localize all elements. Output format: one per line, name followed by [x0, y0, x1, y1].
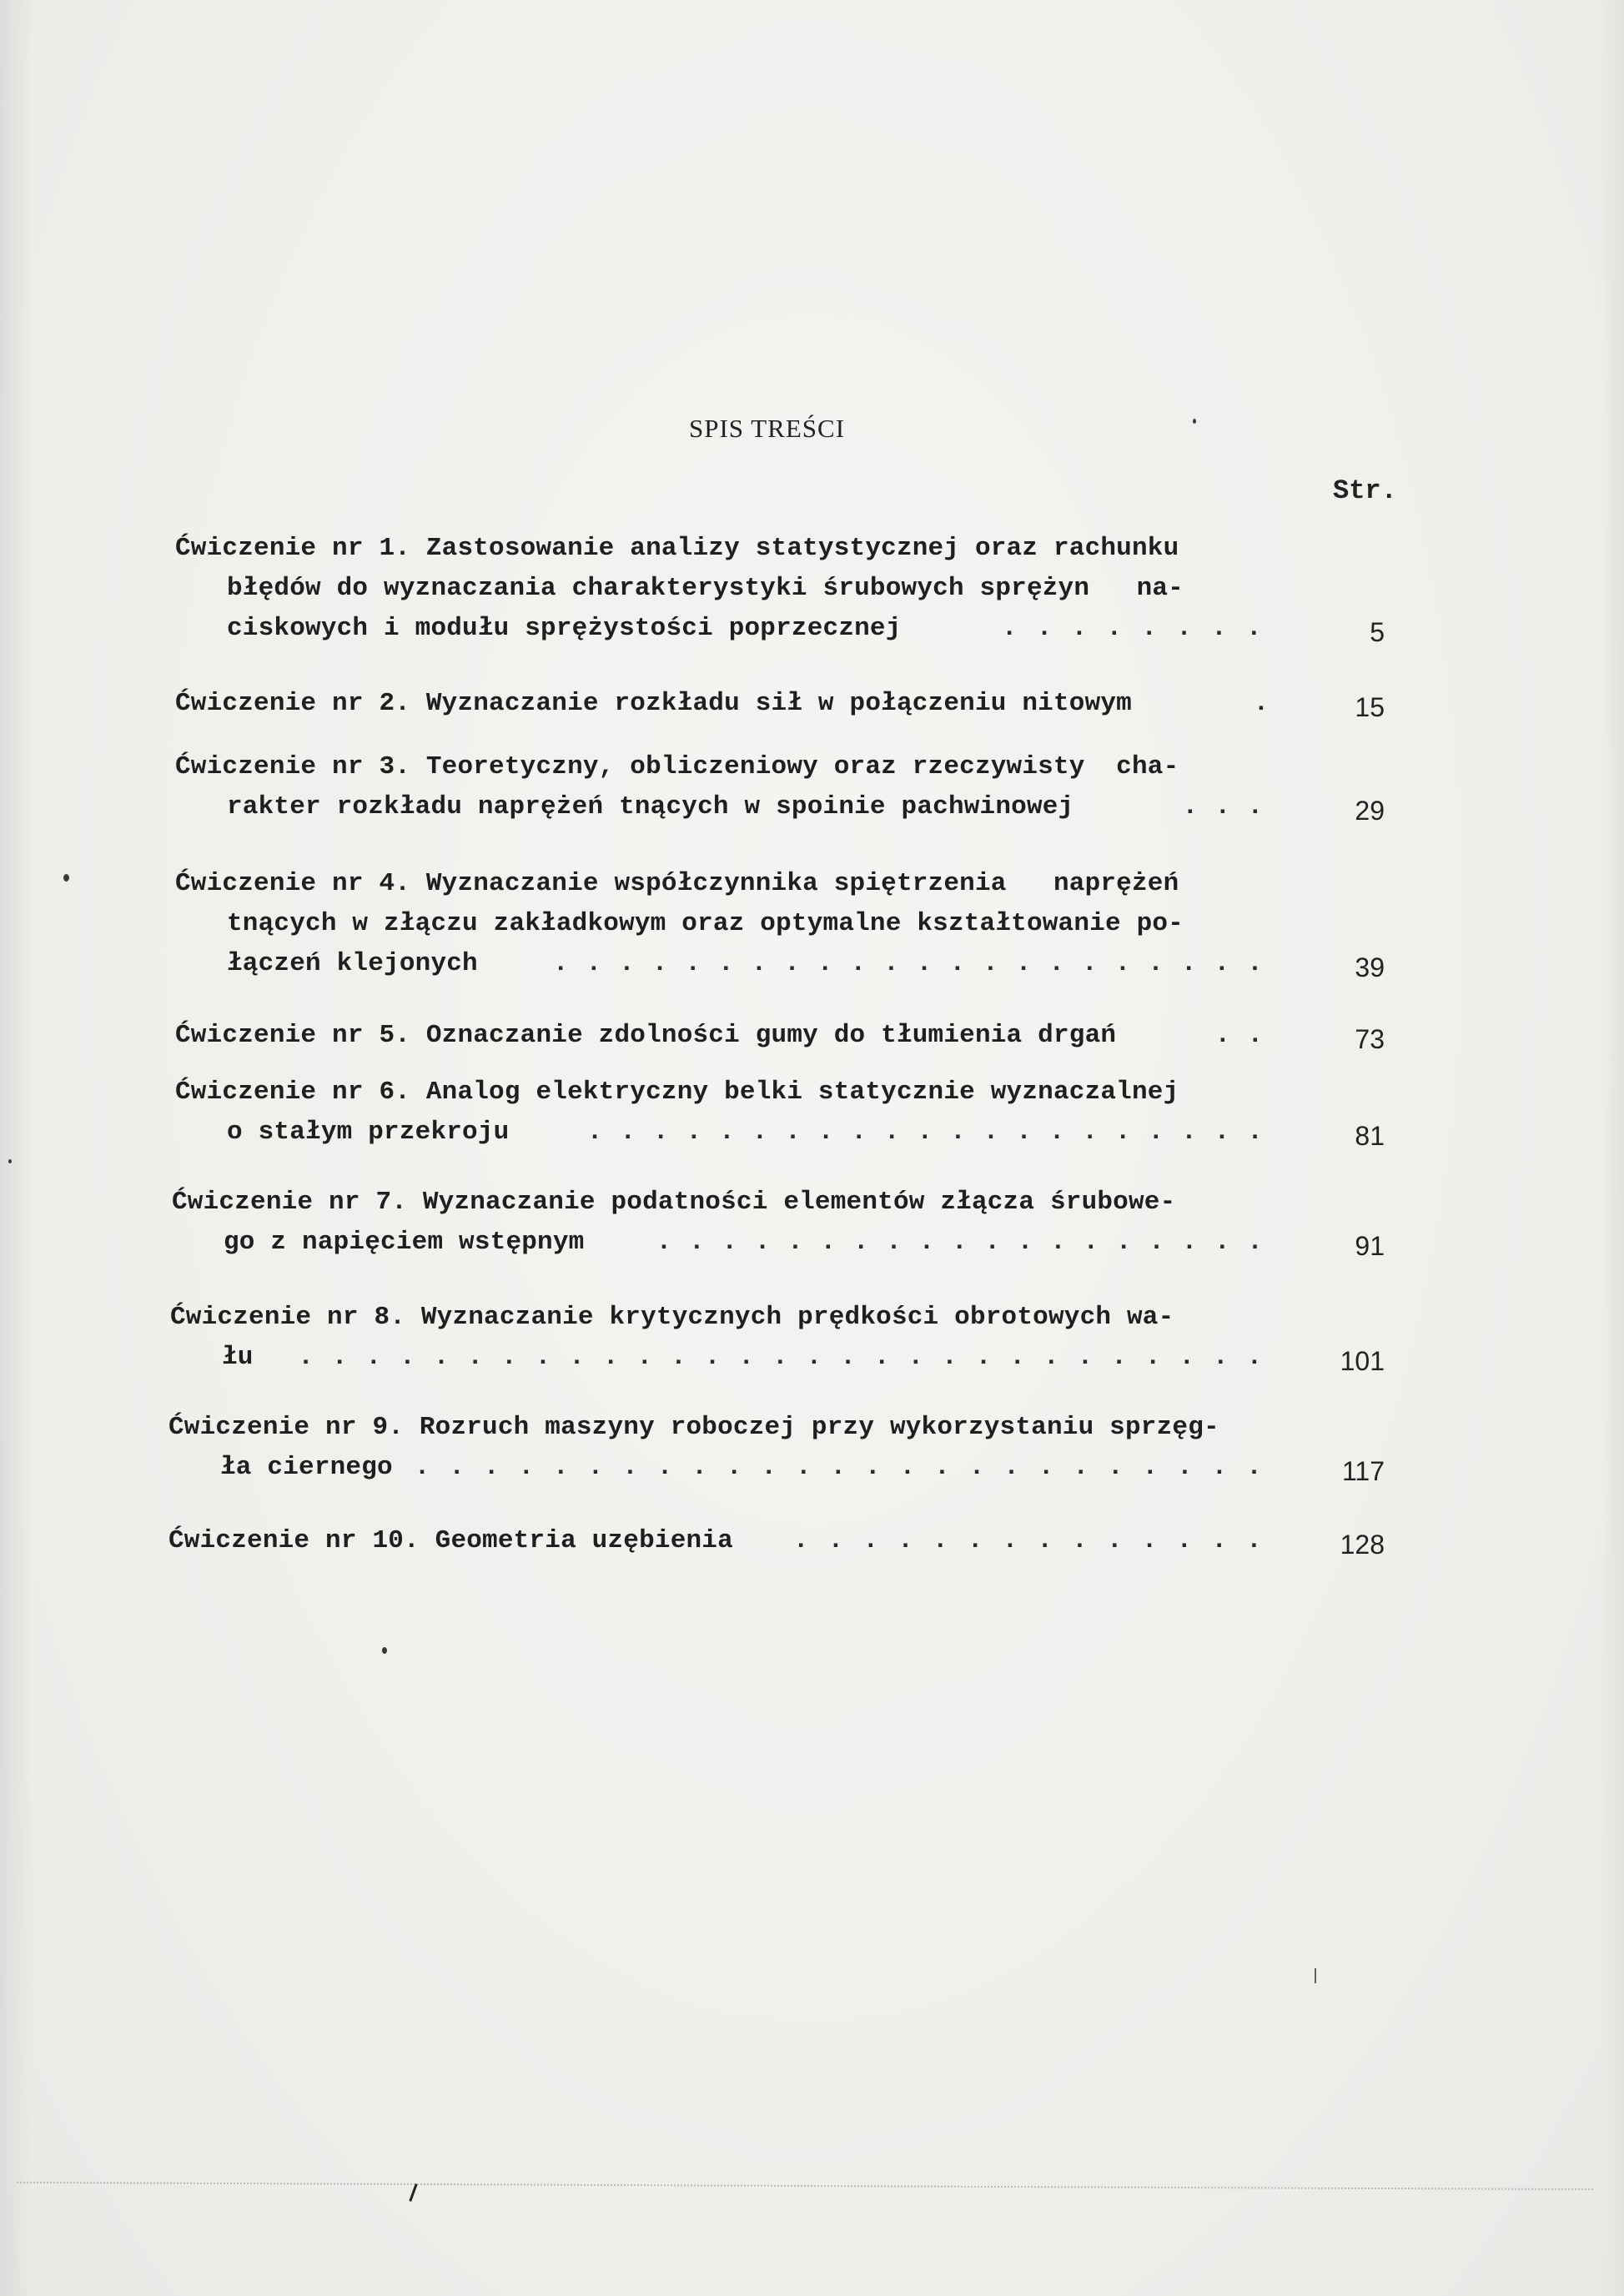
toc-page-number: 117	[1318, 1453, 1385, 1490]
toc-dot-leader: .	[1233, 686, 1264, 722]
page-column-label: Str.	[1333, 475, 1397, 506]
toc-entry-heading: Ćwiczenie nr 3. Teoretyczny, obliczeniow…	[175, 749, 1179, 786]
toc-page-number: 81	[1318, 1118, 1385, 1154]
toc-dot-leader: . . . . . . . . . . . . . . . . . . . . …	[281, 1339, 1264, 1376]
toc-entry-continuation: go z napięciem wstępnym	[224, 1224, 584, 1261]
toc-entry-continuation: o stałym przekroju	[227, 1114, 509, 1151]
toc-entry-heading: Ćwiczenie nr 10. Geometria uzębienia	[168, 1523, 733, 1560]
toc-dot-leader: . . . . . . . . . . . . . . . . . . . . …	[536, 946, 1264, 982]
scan-speck	[8, 1159, 12, 1163]
toc-entry-heading: Ćwiczenie nr 4. Wyznaczanie współczynnik…	[175, 866, 1179, 902]
toc-dot-leader: . . . . . . . .	[984, 610, 1264, 647]
toc-entry-continuation: łączeń klejonych	[227, 946, 478, 982]
toc-page-number: 73	[1318, 1021, 1385, 1058]
page-title: SPIS TREŚCI	[689, 414, 845, 444]
toc-dot-leader: . . . . . . . . . . . . . .	[776, 1523, 1264, 1560]
scan-speck	[63, 874, 69, 882]
toc-entry-continuation: ciskowych i modułu sprężystości poprzecz…	[227, 610, 902, 647]
toc-entry-heading: Ćwiczenie nr 6. Analog elektryczny belki…	[175, 1074, 1179, 1111]
toc-entry-heading: Ćwiczenie nr 7. Wyznaczanie podatności e…	[172, 1184, 1175, 1221]
scan-speck	[382, 1647, 387, 1654]
toc-dot-leader: . . . . . . . . . . . . . . . . . . .	[640, 1224, 1264, 1261]
toc-dot-leader: . .	[1199, 1017, 1264, 1054]
toc-dot-leader: . . .	[1166, 789, 1264, 826]
toc-dot-leader: . . . . . . . . . . . . . . . . . . . . …	[397, 1449, 1264, 1486]
toc-entry-heading: Ćwiczenie nr 8. Wyznaczanie krytycznych …	[170, 1299, 1174, 1336]
toc-dot-leader: . . . . . . . . . . . . . . . . . . . . …	[571, 1114, 1264, 1151]
toc-entry-continuation: błędów do wyznaczania charakterystyki śr…	[227, 570, 1184, 607]
toc-page-number: 29	[1318, 792, 1385, 829]
toc-entry-continuation: ła ciernego	[220, 1449, 393, 1486]
toc-page-number: 128	[1318, 1526, 1385, 1563]
toc-entry-continuation: łu	[222, 1339, 254, 1376]
toc-page-number: 39	[1318, 949, 1385, 986]
toc-entry-heading: Ćwiczenie nr 2. Wyznaczanie rozkładu sił…	[175, 686, 1132, 722]
scan-scratch	[1315, 1968, 1316, 1983]
toc-page-number: 15	[1318, 689, 1385, 726]
toc-entry-heading: Ćwiczenie nr 1. Zastosowanie analizy sta…	[175, 530, 1179, 567]
toc-page-number: 101	[1318, 1343, 1385, 1379]
toc-entry-continuation: tnących w złączu zakładkowym oraz optyma…	[227, 906, 1184, 942]
toc-entry-heading: Ćwiczenie nr 9. Rozruch maszyny roboczej…	[168, 1409, 1219, 1446]
toc-entry-continuation: rakter rozkładu naprężeń tnących w spoin…	[227, 789, 1073, 826]
toc-page-number: 91	[1318, 1228, 1385, 1264]
toc-page-number: 5	[1318, 614, 1385, 651]
toc-entry-heading: Ćwiczenie nr 5. Oznaczanie zdolności gum…	[175, 1017, 1116, 1054]
scan-speck	[1193, 419, 1196, 424]
